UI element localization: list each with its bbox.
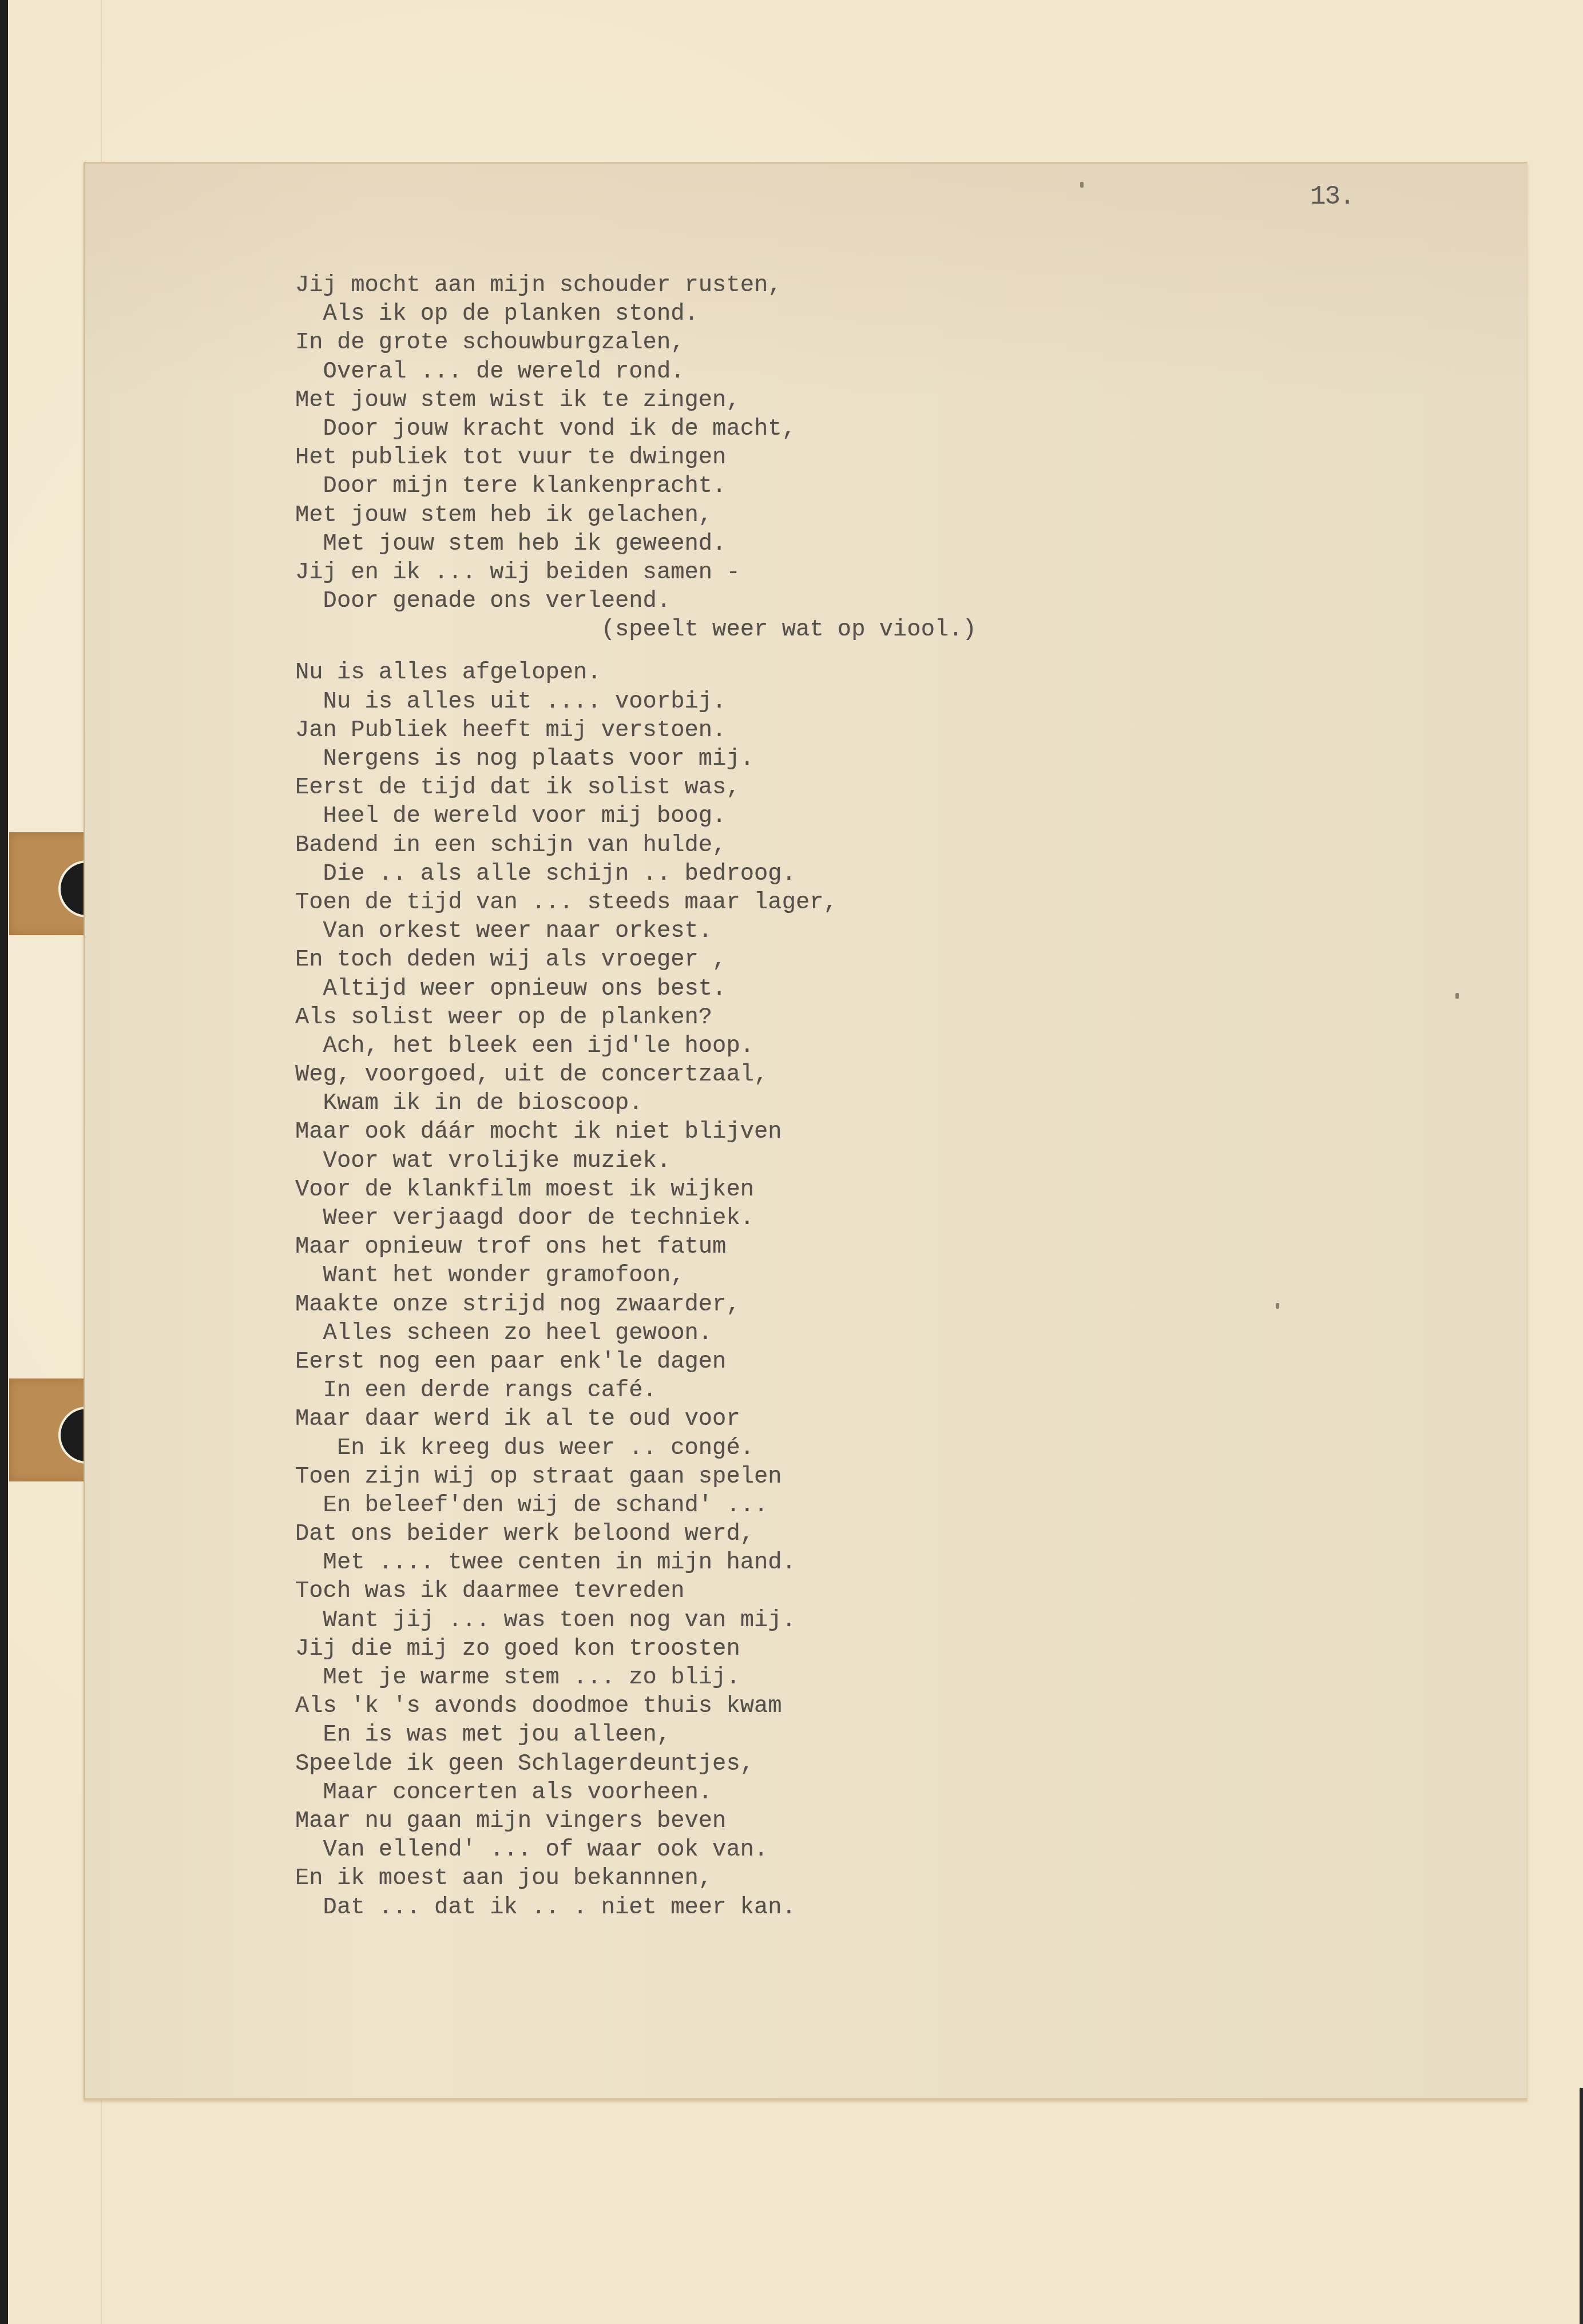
poem-line: Maakte onze strijd nog zwaarder, — [295, 1290, 977, 1319]
poem-line: Maar opnieuw trof ons het fatum — [295, 1233, 977, 1261]
poem-line: Badend in een schijn van hulde, — [295, 831, 977, 860]
poem-line: Alles scheen zo heel gewoon. — [295, 1319, 977, 1348]
ink-speck — [1080, 182, 1084, 188]
poem-line: En ik moest aan jou bekannnen, — [295, 1864, 977, 1893]
poem-line: Toen de tijd van ... steeds maar lager, — [295, 888, 977, 917]
poem-line: Door mijn tere klankenpracht. — [295, 472, 977, 500]
poem-line: Als ik op de planken stond. — [295, 300, 977, 328]
poem-line: Nu is alles afgelopen. — [295, 658, 977, 687]
poem-line: En beleef'den wij de schand' ... — [295, 1491, 977, 1520]
page-number: 13. — [1310, 182, 1354, 212]
poem-line: Met .... twee centen in mijn hand. — [295, 1548, 977, 1577]
poem-line: In een derde rangs café. — [295, 1376, 977, 1405]
poem-line: Door jouw kracht vond ik de macht, — [295, 415, 977, 443]
ink-speck — [1455, 993, 1459, 999]
poem-line: Jij mocht aan mijn schouder rusten, — [295, 271, 977, 300]
poem-line: Overal ... de wereld rond. — [295, 357, 977, 386]
stanza-gap — [295, 644, 977, 658]
poem-line: Met jouw stem wist ik te zingen, — [295, 386, 977, 415]
poem-line: Dat ons beider werk beloond werd, — [295, 1520, 977, 1548]
poem-line: Weer verjaagd door de techniek. — [295, 1204, 977, 1233]
poem-line: Kwam ik in de bioscoop. — [295, 1089, 977, 1118]
poem-line: Toen zijn wij op straat gaan spelen — [295, 1463, 977, 1491]
poem-line: Dat ... dat ik .. . niet meer kan. — [295, 1893, 977, 1922]
poem-line: Heel de wereld voor mij boog. — [295, 802, 977, 831]
poem-line: Als solist weer op de planken? — [295, 1003, 977, 1032]
poem-line: Met jouw stem heb ik geweend. — [295, 530, 977, 558]
poem-line: Met je warme stem ... zo blij. — [295, 1663, 977, 1692]
stage-direction: (speelt weer wat op viool.) — [295, 615, 977, 644]
poem-line: Weg, voorgoed, uit de concertzaal, — [295, 1060, 977, 1089]
poem-line: Speelde ik geen Schlagerdeuntjes, — [295, 1750, 977, 1778]
poem-line: Nergens is nog plaats voor mij. — [295, 745, 977, 773]
poem-line: Jan Publiek heeft mij verstoen. — [295, 716, 977, 745]
poem-line: Ach, het bleek een ijd'le hoop. — [295, 1032, 977, 1060]
poem-line: Van orkest weer naar orkest. — [295, 917, 977, 946]
poem-line: Met jouw stem heb ik gelachen, — [295, 501, 977, 530]
poem-line: Want jij ... was toen nog van mij. — [295, 1606, 977, 1635]
scan-border-right — [1580, 2088, 1583, 2324]
poem-line: Eerst nog een paar enk'le dagen — [295, 1348, 977, 1376]
poem-line: Voor wat vrolijke muziek. — [295, 1147, 977, 1175]
poem-line: Toch was ik daarmee tevreden — [295, 1577, 977, 1606]
poem-line: Van ellend' ... of waar ook van. — [295, 1836, 977, 1864]
poem-line: Die .. als alle schijn .. bedroog. — [295, 860, 977, 888]
poem-line: Maar concerten als voorheen. — [295, 1778, 977, 1807]
poem-line: En is was met jou alleen, — [295, 1721, 977, 1749]
poem-line: Want het wonder gramofoon, — [295, 1261, 977, 1290]
poem-line: Altijd weer opnieuw ons best. — [295, 975, 977, 1003]
poem-line: Maar ook dáár mocht ik niet blijven — [295, 1118, 977, 1146]
poem-line: Maar daar werd ik al te oud voor — [295, 1405, 977, 1433]
poem-text: Jij mocht aan mijn schouder rusten, Als … — [295, 271, 977, 1922]
poem-line: En ik kreeg dus weer .. congé. — [295, 1434, 977, 1463]
poem-line: En toch deden wij als vroeger , — [295, 946, 977, 974]
poem-line: Eerst de tijd dat ik solist was, — [295, 773, 977, 802]
poem-line: Nu is alles uit .... voorbij. — [295, 688, 977, 716]
poem-line: Maar nu gaan mijn vingers beven — [295, 1807, 977, 1836]
poem-line: Jij die mij zo goed kon troosten — [295, 1635, 977, 1663]
poem-line: Door genade ons verleend. — [295, 587, 977, 615]
poem-line: Het publiek tot vuur te dwingen — [295, 443, 977, 472]
poem-line: Als 'k 's avonds doodmoe thuis kwam — [295, 1692, 977, 1721]
poem-line: Voor de klankfilm moest ik wijken — [295, 1175, 977, 1204]
scan-border-left — [0, 0, 8, 2324]
poem-line: Jij en ik ... wij beiden samen - — [295, 558, 977, 587]
ink-speck — [1276, 1303, 1279, 1309]
poem-line: In de grote schouwburgzalen, — [295, 328, 977, 357]
